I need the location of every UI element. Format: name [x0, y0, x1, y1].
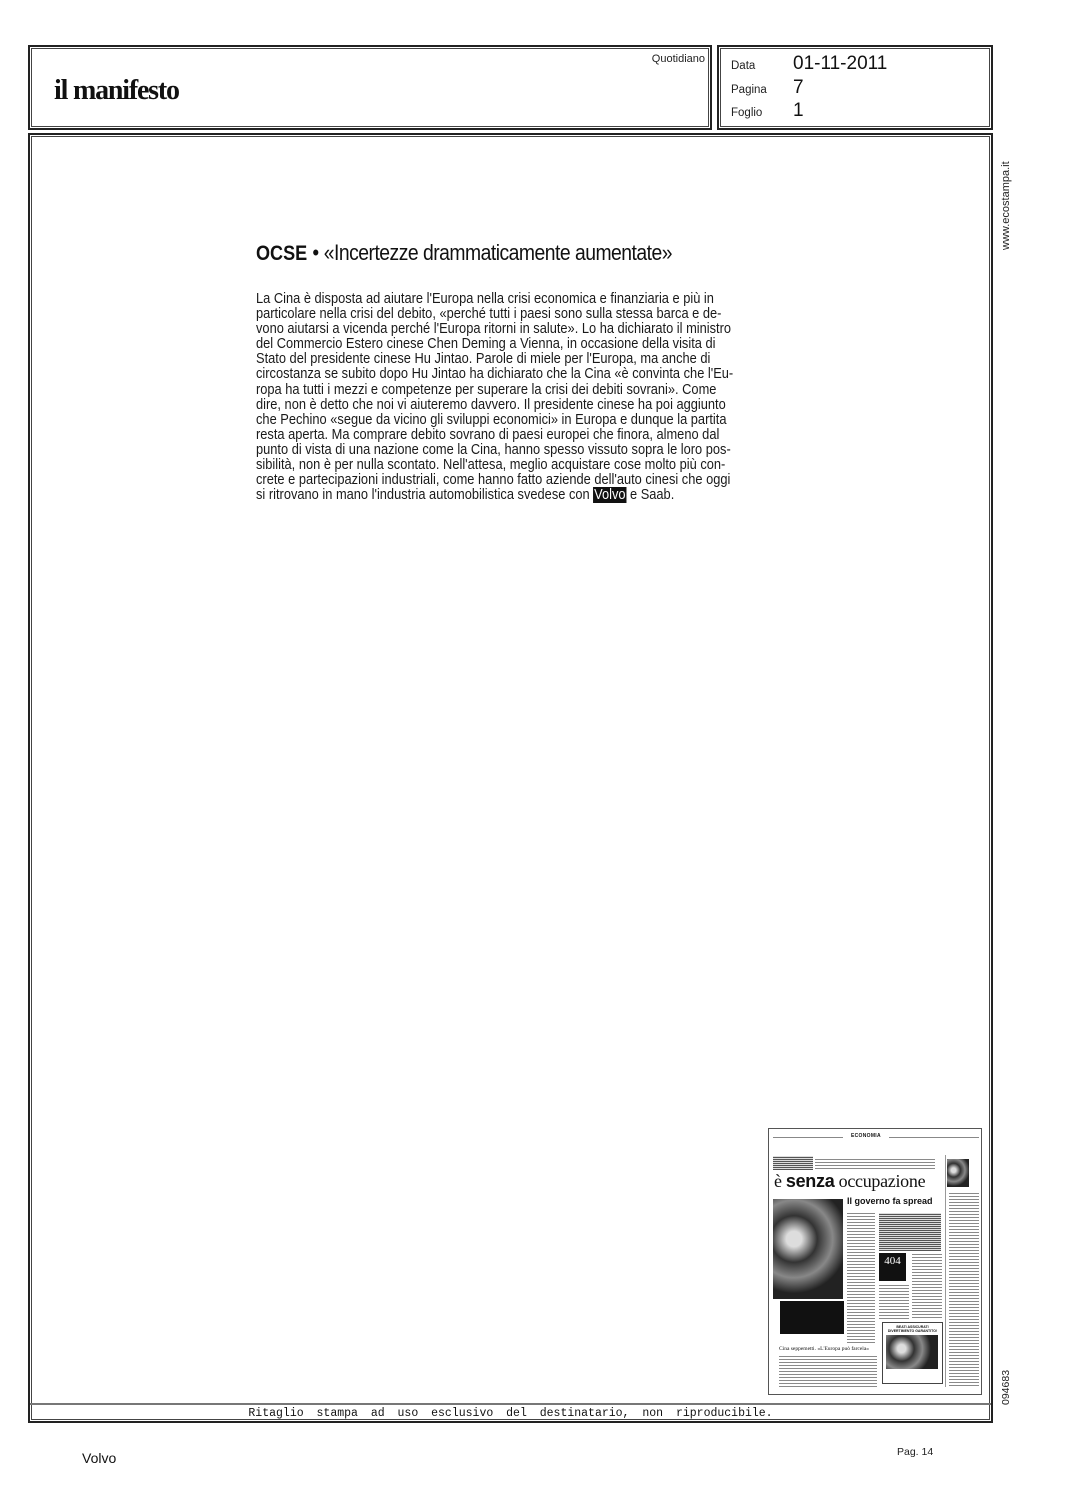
body-line: La Cina è disposta ad aiutare l'Europa n…: [256, 292, 756, 307]
thumb-column: [879, 1284, 909, 1319]
body-line: punto di vista di una nazione come la Ci…: [256, 443, 756, 458]
body-line: vono aiutarsi a vicenda perché l'Europa …: [256, 322, 756, 337]
metadata-box: Data 01-11-2011 Pagina 7 Foglio 1: [717, 45, 993, 130]
thumb-text-block: [815, 1157, 935, 1169]
body-line: Stato del presidente cinese Hu Jintao. P…: [256, 352, 756, 367]
thumb-column: [912, 1253, 942, 1318]
meta-label-page: Pagina: [731, 84, 793, 96]
footer-keyword: Volvo: [82, 1450, 116, 1466]
body-line: ropa ha tutti i mezzi e competenze per s…: [256, 383, 756, 398]
meta-value-sheet: 1: [793, 101, 804, 120]
page-thumbnail: ECONOMIA è senza occupazione Il governo …: [768, 1128, 982, 1395]
body-line: del Commercio Estero cinese Chen Deming …: [256, 337, 756, 352]
thumb-text-block: [779, 1355, 877, 1387]
thumb-rule: [773, 1137, 843, 1138]
body-line: sibilità, non è per nulla scontato. Nell…: [256, 458, 756, 473]
thumb-image: [773, 1156, 813, 1170]
meta-label-sheet: Foglio: [731, 107, 793, 119]
body-line: che Pechino «segue da vicino gli svilupp…: [256, 413, 756, 428]
disclaimer-divider: [30, 1403, 991, 1405]
thumb-photo: [773, 1199, 843, 1299]
footer-page-number: Pag. 14: [897, 1446, 933, 1458]
thumb-column: [847, 1213, 875, 1343]
thumb-black-box: [780, 1301, 844, 1334]
body-line: dire, non è detto che noi vi aiuteremo d…: [256, 398, 756, 413]
body-line: circostanza se subito dopo Hu Jintao ha …: [256, 367, 756, 382]
article: OCSE•«Incertezze drammaticamente aumenta…: [256, 240, 756, 503]
thumb-image: [947, 1159, 969, 1187]
thumb-headline: Cina seppemetti. «L'Europa può farcela»: [779, 1346, 869, 1352]
article-body: La Cina è disposta ad aiutare l'Europa n…: [256, 292, 756, 503]
article-headline: OCSE•«Incertezze drammaticamente aumenta…: [256, 240, 686, 266]
thumb-subtitle: Il governo fa spread: [847, 1196, 933, 1206]
meta-row-date: Data 01-11-2011: [731, 54, 887, 73]
thumb-ad-image: [886, 1335, 938, 1369]
thumb-rule: [945, 1155, 946, 1387]
headline-text: «Incertezze drammaticamente aumentate»: [324, 240, 672, 265]
meta-row-page: Pagina 7: [731, 78, 804, 97]
document-code: 094683: [1000, 1370, 1012, 1405]
thumb-building-photo: [879, 1213, 941, 1251]
thumb-section-label: ECONOMIA: [851, 1133, 881, 1139]
masthead-box: il manifesto Quotidiano: [28, 45, 712, 130]
newspaper-masthead: il manifesto: [54, 75, 179, 107]
thumb-column: [949, 1191, 979, 1386]
thumb-title: è senza occupazione: [774, 1171, 925, 1192]
publication-frequency: Quotidiano: [652, 53, 705, 65]
body-line-last: si ritrovano in mano l'industria automob…: [256, 488, 756, 503]
bullet-separator-icon: •: [312, 240, 318, 265]
body-line: particolare nella crisi del debito, «per…: [256, 307, 756, 322]
source-url: www.ecostampa.it: [1000, 161, 1012, 250]
meta-label-date: Data: [731, 60, 793, 72]
thumb-advertisement: BEATI ASSICURATI DIVERTIMENTO GARANTITO!: [882, 1322, 943, 1384]
meta-value-date: 01-11-2011: [793, 54, 887, 73]
headline-kicker: OCSE: [256, 242, 307, 265]
meta-row-sheet: Foglio 1: [731, 101, 804, 120]
body-line: crete e partecipazioni industriali, come…: [256, 473, 756, 488]
disclaimer-text: Ritaglio stampa ad uso esclusivo del des…: [30, 1407, 991, 1420]
thumb-number-box: 404: [879, 1253, 906, 1281]
thumb-rule: [889, 1137, 979, 1138]
meta-value-page: 7: [793, 78, 804, 97]
body-line: resta aperta. Ma comprare debito sovrano…: [256, 428, 756, 443]
keyword-highlight: Volvo: [593, 487, 626, 503]
